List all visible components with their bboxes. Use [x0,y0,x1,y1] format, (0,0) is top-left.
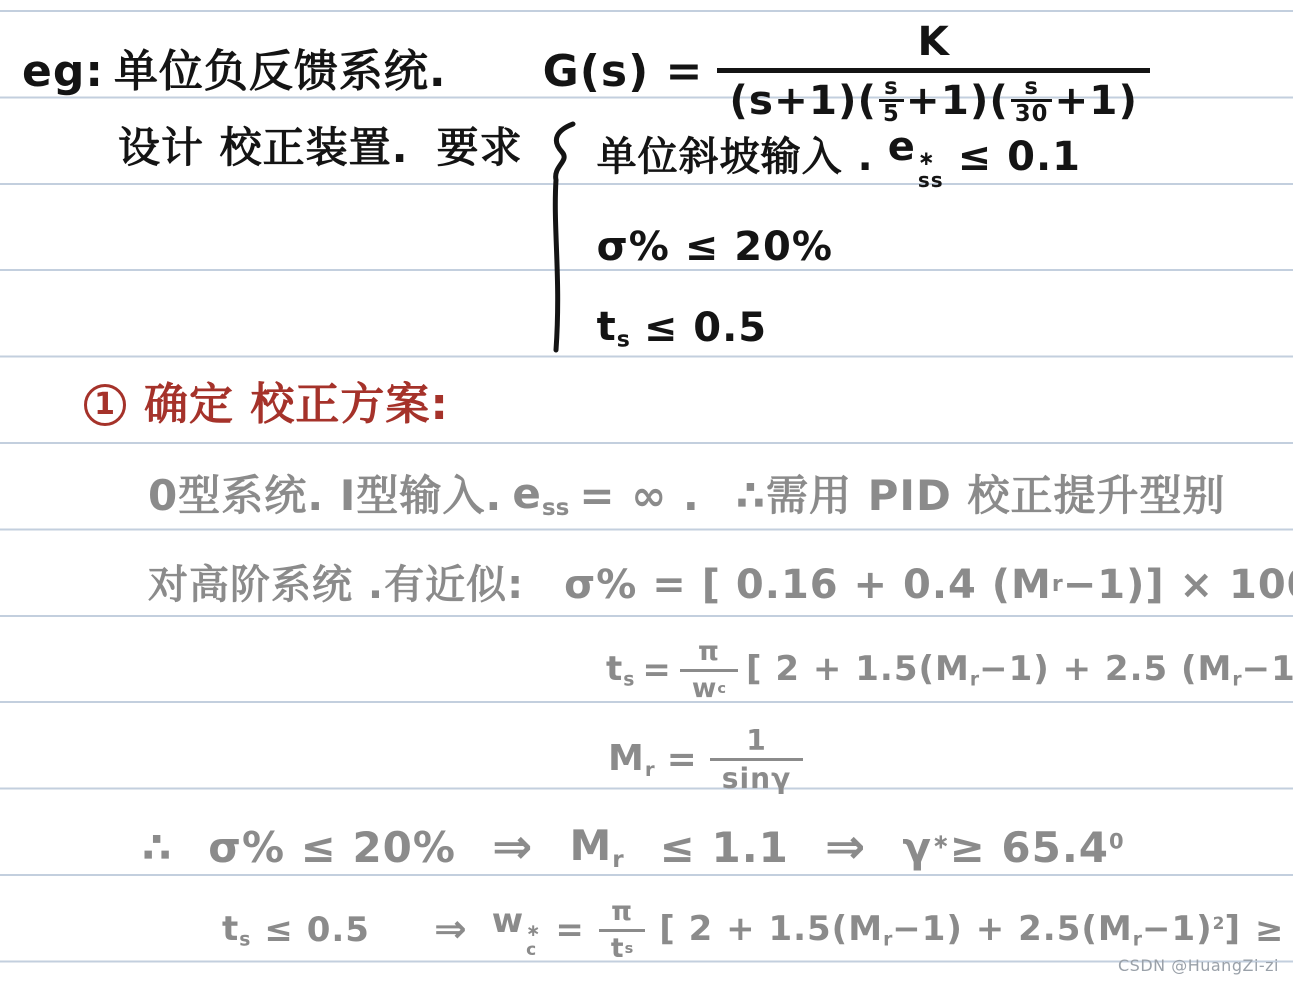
implies-arrow: ⇒ [434,908,468,953]
equals-sign: = [555,911,585,950]
equals-sign: = [642,651,672,690]
bracket-expression: [ 2 + 1.5(Mr−1) + 2.5(Mr−1)2] [659,910,1241,951]
pi-over-ts-fraction: π ts [599,898,645,963]
ess-symbol: e∗ss [888,124,944,190]
gamma-bound: ≥ 65.40 [950,824,1124,872]
ts-symbol: ts [606,650,634,691]
mr-bound: ≤ 1.1 [660,824,789,872]
ts-bound: ≤ 0.5 [644,305,767,351]
transfer-function-lhs: G(s) = [543,47,704,98]
requirement-overshoot: σ% ≤ 20% [597,224,1081,270]
ts-symbol: ts [222,910,250,951]
asterisk-sup: ∗ [918,148,936,168]
notebook-page: eg: 单位负反馈系统. G(s) = K (s+1)( s 5 +1)( s … [0,0,1293,987]
gamma-conclusion-line: ∴ σ% ≤ 20% ⇒ Mr ≤ 1.1 ⇒ γ∗ ≥ 65.40 [142,820,1124,876]
ramp-input-label: 单位斜坡输入 . [597,134,874,180]
analysis-type-line: 0型系统. I型输入. ess = ∞ . ∴需用 PID 校正提升型别 [148,470,1226,521]
ess-symbol: ess [512,470,569,521]
example-title: 单位负反馈系统. [114,47,447,98]
ts-condition: ≤ 0.5 [264,911,370,950]
wc-bound: ≥ 13.7 [1255,911,1293,950]
tf-numerator: K [905,18,961,68]
overshoot-formula: σ% = [ 0.16 + 0.4 (Mr−1)] × 100% [564,562,1293,608]
ts-symbol: ts [597,304,630,353]
implies-arrow: ⇒ [825,820,866,876]
section-number-circled: 1 [84,384,126,426]
brace-icon [545,118,579,358]
wc-star-symbol: w∗c [492,902,542,959]
requirement-ramp-error: 单位斜坡输入 . e∗ss ≤ 0.1 [597,114,1081,190]
settling-time-formula-line: ts = π wc [ 2 + 1.5(Mr−1) + 2.5 (Mr−1)2] [606,638,1293,703]
equals-sign: = [667,739,698,780]
csdn-watermark: CSDN @HuangZi-zi [1118,956,1279,975]
pid-conclusion-text: ∴需用 PID 校正提升型别 [736,472,1226,520]
high-order-label: 对高阶系统 .有近似: [148,562,524,608]
mr-symbol: Mr [608,738,655,782]
require-label: 要求 [437,114,523,172]
example-line: eg: 单位负反馈系统. G(s) = K (s+1)( s 5 +1)( s … [22,16,1150,128]
eg-label: eg: [22,47,104,98]
implies-arrow: ⇒ [492,820,533,876]
requirement-list: 单位斜坡输入 . e∗ss ≤ 0.1 σ% ≤ 20% ts ≤ 0.5 [597,114,1081,353]
ss-sub: ss [918,170,944,190]
gamma-star-symbol: γ∗ [902,824,949,872]
requirement-settling-time: ts ≤ 0.5 [597,304,1081,353]
one-over-sin-gamma-fraction: 1 sinγ [710,726,803,794]
bracket-expression: [ 2 + 1.5(Mr−1) + 2.5 (Mr−1)2] [746,650,1293,691]
ess-bound: ≤ 0.1 [958,134,1081,180]
ess-infinity: = ∞ . [579,472,699,520]
mr-symbol: Mr [569,822,623,873]
therefore-symbol: ∴ [142,824,172,872]
transfer-function-fraction: K (s+1)( s 5 +1)( s 30 +1) [717,18,1150,126]
system-type-text: 0型系统. I型输入. [148,472,502,520]
design-label: 设计 校正装置. [118,114,409,172]
section-heading: 1 确定 校正方案: [84,380,449,431]
overshoot-condition: σ% ≤ 20% [208,824,456,872]
wc-conclusion-line: ts ≤ 0.5 ⇒ w∗c = π ts [ 2 + 1.5(Mr−1) + … [222,898,1293,963]
mr-definition-line: Mr = 1 sinγ [608,726,803,794]
pi-over-wc-fraction: π wc [680,638,738,703]
requirements-block: 设计 校正装置. 要求 单位斜坡输入 . e∗ss ≤ 0.1 σ% ≤ 20%… [118,114,1081,358]
section-heading-text: 确定 校正方案: [144,380,449,431]
overshoot-approx-line: 对高阶系统 .有近似: σ% = [ 0.16 + 0.4 (Mr−1)] × … [148,562,1293,608]
